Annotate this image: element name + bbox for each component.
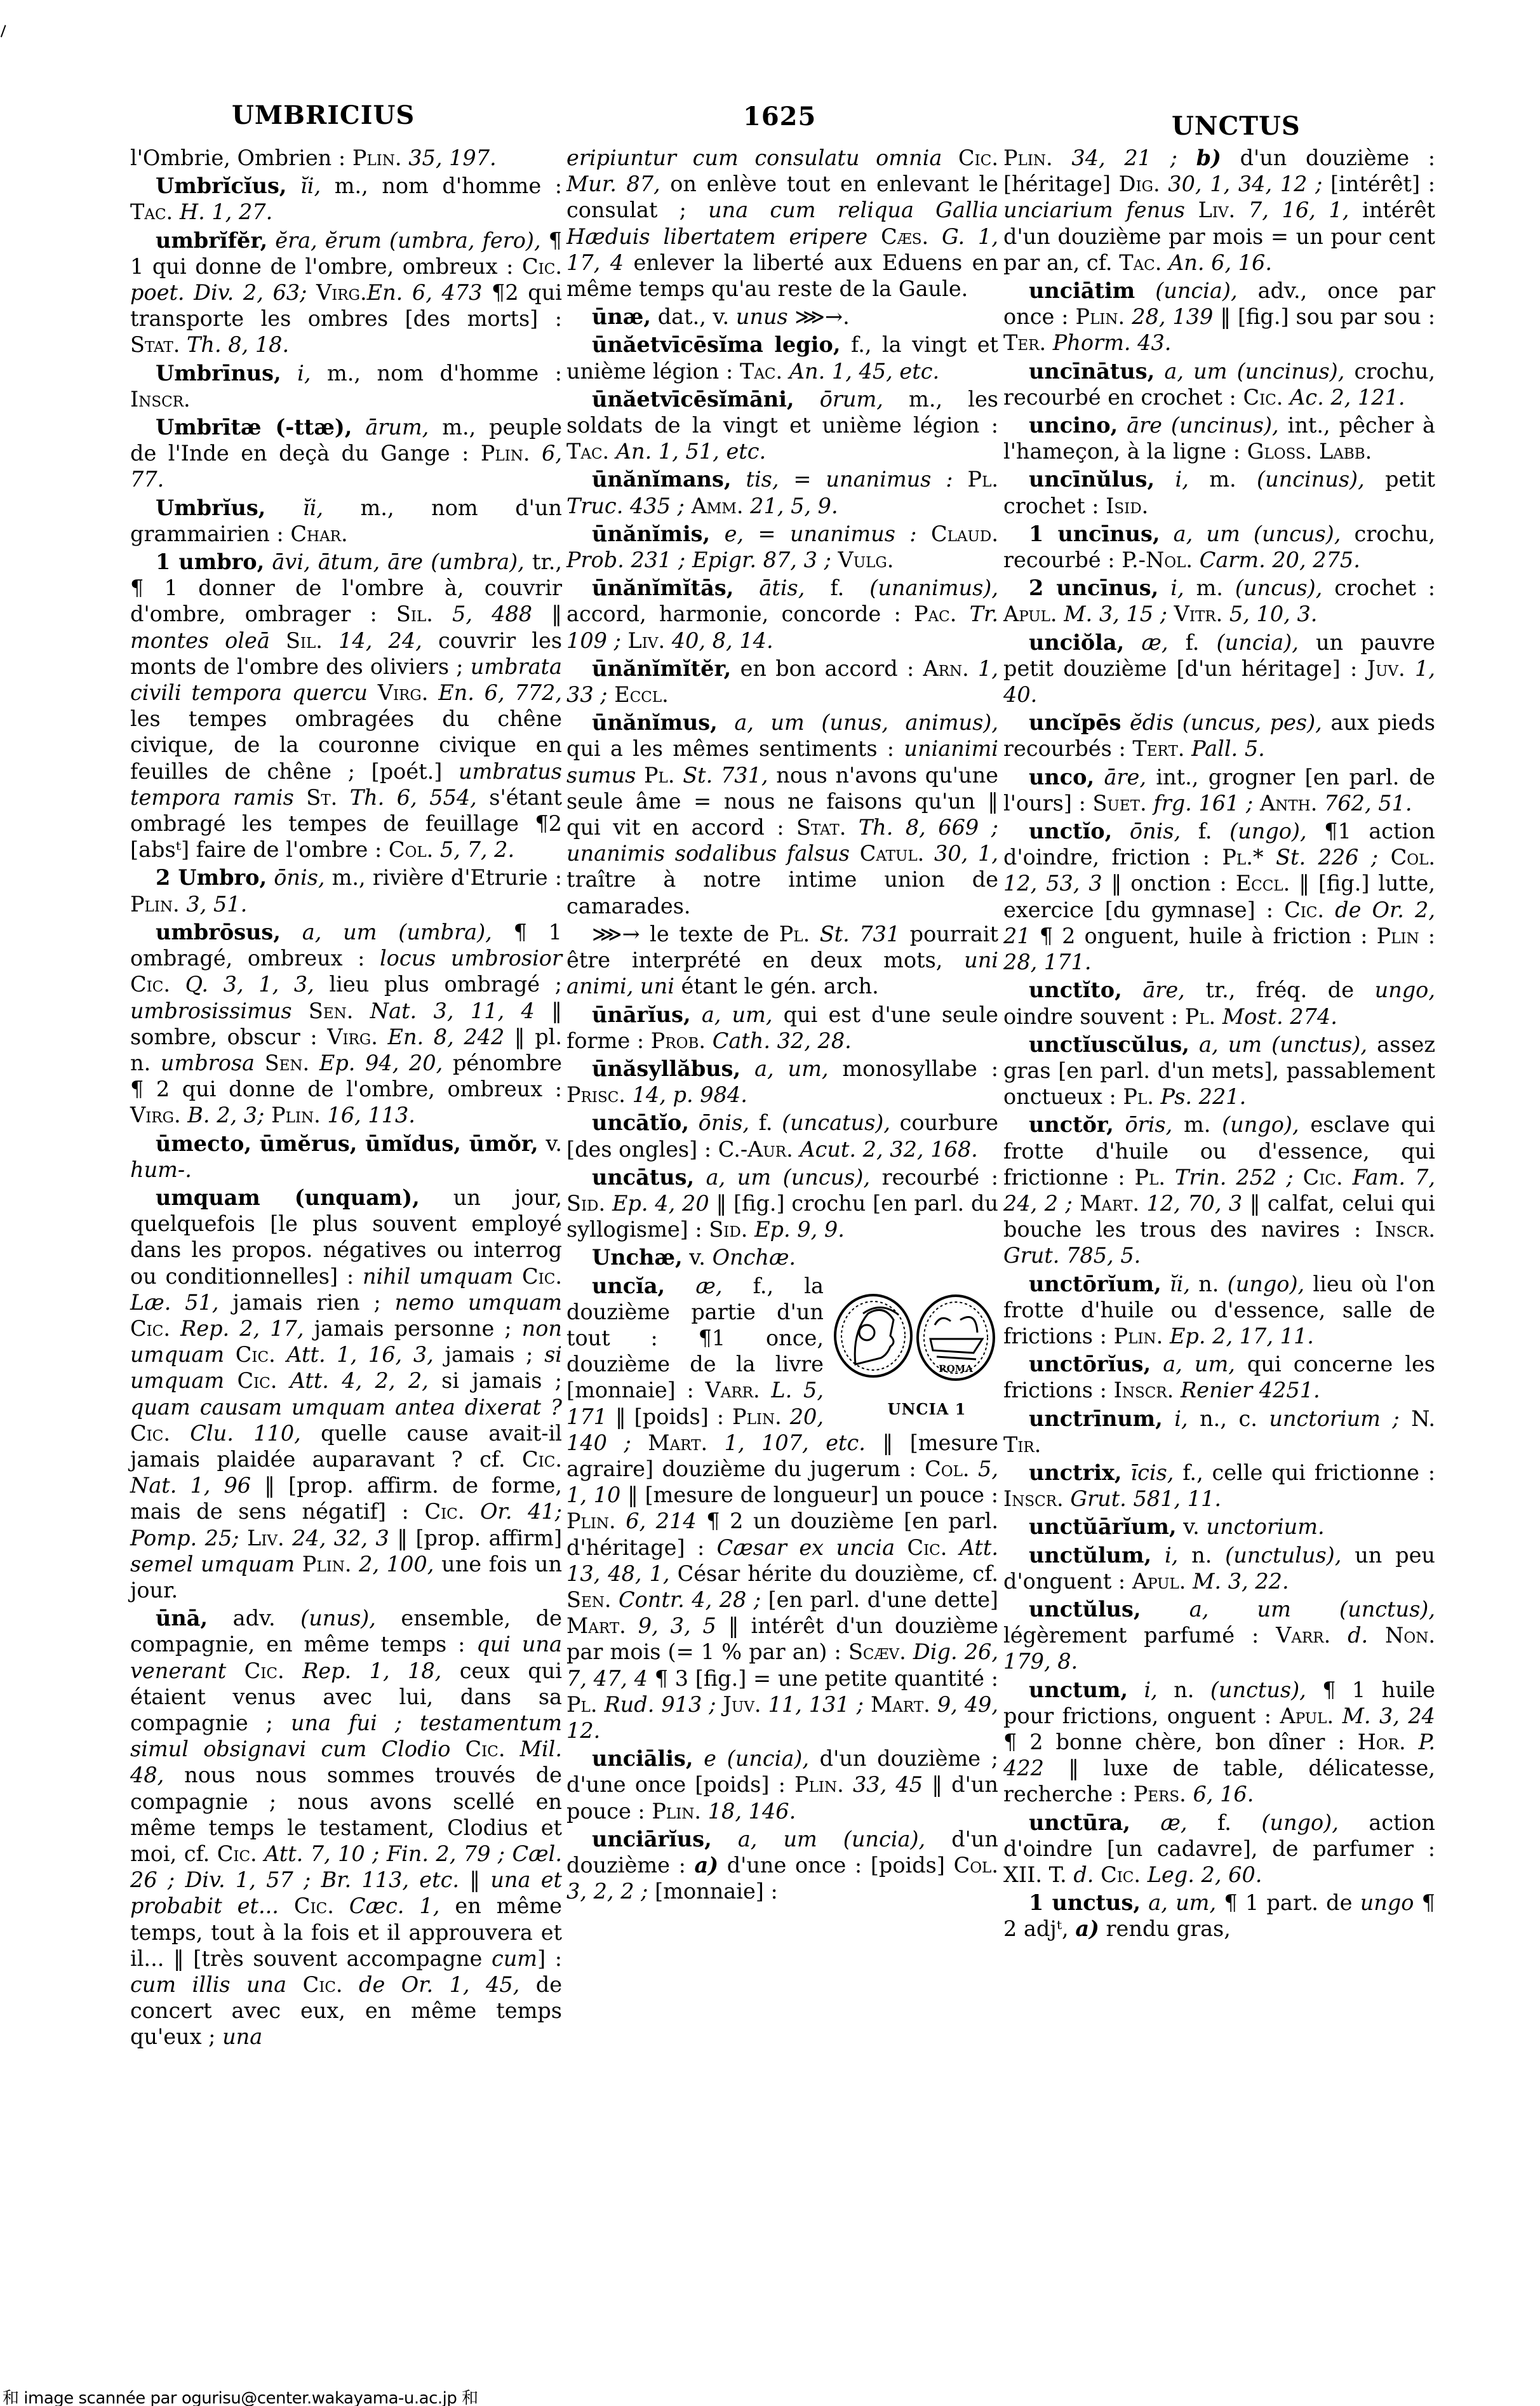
entry-text: eripiuntur cum consulatu omnia Cic. Mur.…	[566, 145, 998, 301]
dictionary-entry: uncīnātus, a, um (uncinus), crochu, reco…	[1003, 358, 1435, 410]
entry-text: unctŏr, ōris, m. (ungo), esclave qui fro…	[1003, 1112, 1435, 1268]
dictionary-entry: umbrĭfĕr, ĕra, ĕrum (umbra, fero), ¶ 1 q…	[130, 227, 562, 358]
dictionary-entry: unctĭto, āre, tr., fréq. de ungo, oindre…	[1003, 977, 1435, 1029]
dictionary-entry: Umbrĭus, ĭi, m., nom d'un grammairien : …	[130, 495, 562, 547]
uncia-coin-icon: ROMA	[830, 1275, 998, 1396]
dictionary-entry: uncātĭo, ōnis, f. (uncatus), courbure [d…	[566, 1110, 998, 1162]
entry-text: Umbrīnus, i, m., nom d'homme : Inscr.	[130, 361, 562, 412]
dictionary-entry: eripiuntur cum consulatu omnia Cic. Mur.…	[566, 145, 998, 302]
entry-text: ūnā, adv. (unus), ensemble, de compagnie…	[130, 1606, 562, 2049]
dictionary-entry: ⋙→ le texte de Pl. St. 731 pourrait être…	[566, 921, 998, 1000]
dictionary-entry: Umbrīnus, i, m., nom d'homme : Inscr.	[130, 360, 562, 412]
entry-text: uncino, āre (uncinus), int., pêcher à l'…	[1003, 413, 1435, 464]
entry-text: uncĭpēs ĕdis (uncus, pes), aux pieds rec…	[1003, 710, 1435, 761]
svg-text:ROMA: ROMA	[939, 1363, 973, 1374]
entry-text: uncātĭo, ōnis, f. (uncatus), courbure [d…	[566, 1110, 998, 1161]
dictionary-entry: ūnănĭmus, a, um (unus, animus), qui a le…	[566, 709, 998, 919]
column-1: l'Ombrie, Ombrien : Plin. 35, 197.Umbrĭc…	[130, 145, 562, 2052]
entry-text: unctrīnum, i, n., c. unctorium ; N. Tir.	[1003, 1406, 1435, 1457]
guide-word-left: UMBRICIUS	[232, 100, 415, 130]
dictionary-entry: unctĭuscŭlus, a, um (unctus), assez gras…	[1003, 1032, 1435, 1110]
entry-text: ūnănĭmĭtĕr, en bon accord : Arn. 1, 33 ;…	[566, 656, 998, 707]
column-3: Plin. 34, 21 ; b) d'un douzième : [hérit…	[1003, 145, 1435, 1944]
entry-text: unctŭlus, a, um (unctus), légèrement par…	[1003, 1597, 1435, 1674]
dictionary-entry: Unchæ, v. Onchæ.	[566, 1244, 998, 1270]
entry-text: umbrĭfĕr, ĕra, ĕrum (umbra, fero), ¶ 1 q…	[130, 228, 562, 358]
dictionary-entry: ūnăetvīcēsĭmāni, ōrum, m., les soldats d…	[566, 386, 998, 465]
entry-text: ūnăetvīcēsĭmāni, ōrum, m., les soldats d…	[566, 387, 998, 464]
page-number: 1625	[743, 102, 816, 131]
entry-text: umbrōsus, a, um (umbra), ¶ 1 ombragé, om…	[130, 920, 562, 1127]
dictionary-entry: unctōrĭum, ĭi, n. (ungo), lieu où l'on f…	[1003, 1271, 1435, 1350]
coin-figure: ROMA UNCIA 1	[830, 1275, 998, 1422]
dictionary-entry: uncīnŭlus, i, m. (uncinus), petit croche…	[1003, 466, 1435, 518]
dictionary-entry: ūnā, adv. (unus), ensemble, de compagnie…	[130, 1605, 562, 2050]
entry-text: uncātus, a, um (uncus), recourbé : Sid. …	[566, 1165, 998, 1242]
dictionary-entry: ūnănĭmĭtĕr, en bon accord : Arn. 1, 33 ;…	[566, 655, 998, 708]
entry-text: umquam (unquam), un jour, quelquefois [l…	[130, 1185, 562, 1603]
dictionary-entry: ūnăsyllăbus, a, um, monosyllabe : Prisc.…	[566, 1056, 998, 1108]
entry-text: unctĭto, āre, tr., fréq. de ungo, oindre…	[1003, 978, 1435, 1028]
entry-text: unciŏla, æ, f. (uncia), un pauvre petit …	[1003, 630, 1435, 707]
dictionary-entry: uncino, āre (uncinus), int., pêcher à l'…	[1003, 412, 1435, 464]
entry-text: unctōrĭus, a, um, qui concerne les frict…	[1003, 1352, 1435, 1402]
column-2: eripiuntur cum consulatu omnia Cic. Mur.…	[566, 145, 998, 1906]
dictionary-entry: 2 Umbro, ōnis, m., rivière d'Etrurie : P…	[130, 864, 562, 917]
entry-text: uncīnātus, a, um (uncinus), crochu, reco…	[1003, 359, 1435, 410]
dictionary-entry: 2 uncīnus, i, m. (uncus), crochet : Apul…	[1003, 575, 1435, 627]
dictionary-entry: uncātus, a, um (uncus), recourbé : Sid. …	[566, 1164, 998, 1243]
guide-word-right: UNCTUS	[1172, 111, 1301, 141]
dictionary-entry: unciŏla, æ, f. (uncia), un pauvre petit …	[1003, 629, 1435, 708]
dictionary-entry: unctōrĭus, a, um, qui concerne les frict…	[1003, 1351, 1435, 1403]
entry-text: unctŭlum, i, n. (unctulus), un peu d'ong…	[1003, 1543, 1435, 1594]
dictionary-entry: unciātim (uncia), adv., once par once : …	[1003, 278, 1435, 356]
entry-text: 2 Umbro, ōnis, m., rivière d'Etrurie : P…	[130, 865, 562, 916]
entry-text: Umbrītæ (-ttæ), ārum, m., peuple de l'In…	[130, 415, 562, 492]
entry-text: ūnănĭmis, e, = unanimus : Claud. Prob. 2…	[566, 521, 998, 572]
entry-text: ⋙→ le texte de Pl. St. 731 pourrait être…	[566, 922, 998, 998]
scan-credit-footer: 和 image scannée par ogurisu@center.wakay…	[3, 2385, 478, 2406]
dictionary-entry: ūnăetvīcēsĭma legio, f., la vingt et uni…	[566, 332, 998, 384]
entry-text: ūnārĭus, a, um, qui est d'une seule form…	[566, 1002, 998, 1053]
entry-text: unciārĭus, a, um (uncia), d'un douzième …	[566, 1827, 998, 1904]
entry-text: Plin. 34, 21 ; b) d'un douzième : [hérit…	[1003, 145, 1435, 275]
entry-text: 1 unctus, a, um, ¶ 1 part. de ungo ¶ 2 a…	[1003, 1890, 1435, 1941]
dictionary-entry: unctĭo, ōnis, f. (ungo), ¶1 action d'oin…	[1003, 818, 1435, 975]
dictionary-entry: umquam (unquam), un jour, quelquefois [l…	[130, 1185, 562, 1603]
entry-text: Umbrĭcĭus, ĭi, m., nom d'homme : Tac. H.…	[130, 173, 562, 224]
entry-text: ūnæ, dat., v. unus ⋙→.	[592, 304, 850, 329]
scan-artifact	[1, 25, 10, 39]
entry-text: 1 umbro, āvi, ātum, āre (umbra), tr., ¶ …	[130, 549, 562, 862]
dictionary-entry: unctŭlus, a, um (unctus), légèrement par…	[1003, 1596, 1435, 1675]
entry-text: uncīnŭlus, i, m. (uncinus), petit croche…	[1003, 467, 1435, 518]
dictionary-entry: ūmecto, ūmĕrus, ūmĭdus, ūmŏr, v. hum-.	[130, 1131, 562, 1183]
dictionary-entry: uncĭpēs ĕdis (uncus, pes), aux pieds rec…	[1003, 709, 1435, 762]
dictionary-entry: unco, āre, int., grogner [en parl. de l'…	[1003, 764, 1435, 816]
entry-text: unciātim (uncia), adv., once par once : …	[1003, 278, 1435, 355]
entry-text: unctĭuscŭlus, a, um (unctus), assez gras…	[1003, 1032, 1435, 1109]
dictionary-entry: unctrix, īcis, f., celle qui frictionne …	[1003, 1460, 1435, 1512]
entry-text: ūnăsyllăbus, a, um, monosyllabe : Prisc.…	[566, 1056, 998, 1107]
entry-text: ūnăetvīcēsĭma legio, f., la vingt et uni…	[566, 332, 998, 383]
dictionary-entry: ūnănĭmans, tis, = unanimus : Pl. Truc. 4…	[566, 466, 998, 518]
page-header: UMBRICIUS 1625 UNCTUS	[0, 95, 1540, 133]
entry-text: l'Ombrie, Ombrien : Plin. 35, 197.	[130, 145, 497, 170]
entry-text: unctŭārĭum, v. unctorium.	[1029, 1514, 1325, 1539]
entry-text: unciālis, e (uncia), d'un douzième ; d'u…	[566, 1746, 998, 1823]
entry-text: unctrix, īcis, f., celle qui frictionne …	[1003, 1460, 1435, 1511]
dictionary-entry: Umbrĭcĭus, ĭi, m., nom d'homme : Tac. H.…	[130, 173, 562, 225]
dictionary-entry: ūnārĭus, a, um, qui est d'une seule form…	[566, 1002, 998, 1054]
dictionary-entry: umbrōsus, a, um (umbra), ¶ 1 ombragé, om…	[130, 919, 562, 1129]
dictionary-entry: ūnæ, dat., v. unus ⋙→.	[566, 304, 998, 330]
dictionary-entry: ūnănĭmis, e, = unanimus : Claud. Prob. 2…	[566, 521, 998, 573]
entry-text: ūnănĭmĭtās, ātis, f. (unanimus), accord,…	[566, 575, 998, 652]
entry-text: unctūra, æ, f. (ungo), action d'oindre […	[1003, 1810, 1435, 1887]
dictionary-entry: Plin. 34, 21 ; b) d'un douzième : [hérit…	[1003, 145, 1435, 276]
dictionary-entry: unctum, i, n. (unctus), ¶ 1 huile pour f…	[1003, 1677, 1435, 1808]
dictionary-entry: unctŏr, ōris, m. (ungo), esclave qui fro…	[1003, 1112, 1435, 1268]
dictionary-entry: ūnănĭmĭtās, ātis, f. (unanimus), accord,…	[566, 575, 998, 654]
dictionary-entry: unctŭārĭum, v. unctorium.	[1003, 1514, 1435, 1540]
entry-text: ūnănĭmus, a, um (unus, animus), qui a le…	[566, 710, 998, 918]
entry-text: unco, āre, int., grogner [en parl. de l'…	[1003, 765, 1435, 816]
dictionary-entry: unciālis, e (uncia), d'un douzième ; d'u…	[566, 1745, 998, 1824]
entry-text: ūnănĭmans, tis, = unanimus : Pl. Truc. 4…	[566, 467, 998, 518]
coin-caption: UNCIA 1	[830, 1396, 998, 1422]
entry-text: ūmecto, ūmĕrus, ūmĭdus, ūmŏr, v. hum-.	[130, 1131, 562, 1182]
entry-text: Umbrĭus, ĭi, m., nom d'un grammairien : …	[130, 495, 562, 546]
entry-text: 2 uncīnus, i, m. (uncus), crochet : Apul…	[1003, 575, 1435, 626]
dictionary-entry: unctŭlum, i, n. (unctulus), un peu d'ong…	[1003, 1542, 1435, 1594]
dictionary-entry: unciārĭus, a, um (uncia), d'un douzième …	[566, 1826, 998, 1905]
entry-text: unctum, i, n. (unctus), ¶ 1 huile pour f…	[1003, 1677, 1435, 1807]
dictionary-entry: 1 unctus, a, um, ¶ 1 part. de ungo ¶ 2 a…	[1003, 1890, 1435, 1942]
entry-text: unctĭo, ōnis, f. (ungo), ¶1 action d'oin…	[1003, 819, 1435, 974]
entry-text: Unchæ, v. Onchæ.	[592, 1245, 796, 1270]
entry-text: unctōrĭum, ĭi, n. (ungo), lieu où l'on f…	[1003, 1272, 1435, 1348]
dictionary-entry: 1 uncīnus, a, um (uncus), crochu, recour…	[1003, 521, 1435, 573]
dictionary-entry: l'Ombrie, Ombrien : Plin. 35, 197.	[130, 145, 562, 171]
entry-text: 1 uncīnus, a, um (uncus), crochu, recour…	[1003, 521, 1435, 572]
dictionary-entry: unctrīnum, i, n., c. unctorium ; N. Tir.	[1003, 1406, 1435, 1458]
dictionary-entry: Umbrītæ (-ttæ), ārum, m., peuple de l'In…	[130, 414, 562, 493]
dictionary-entry: 1 umbro, āvi, ātum, āre (umbra), tr., ¶ …	[130, 549, 562, 863]
dictionary-entry: ROMA UNCIA 1 uncĭa, æ, f., la douzième p…	[566, 1273, 998, 1744]
dictionary-entry: unctūra, æ, f. (ungo), action d'oindre […	[1003, 1810, 1435, 1888]
